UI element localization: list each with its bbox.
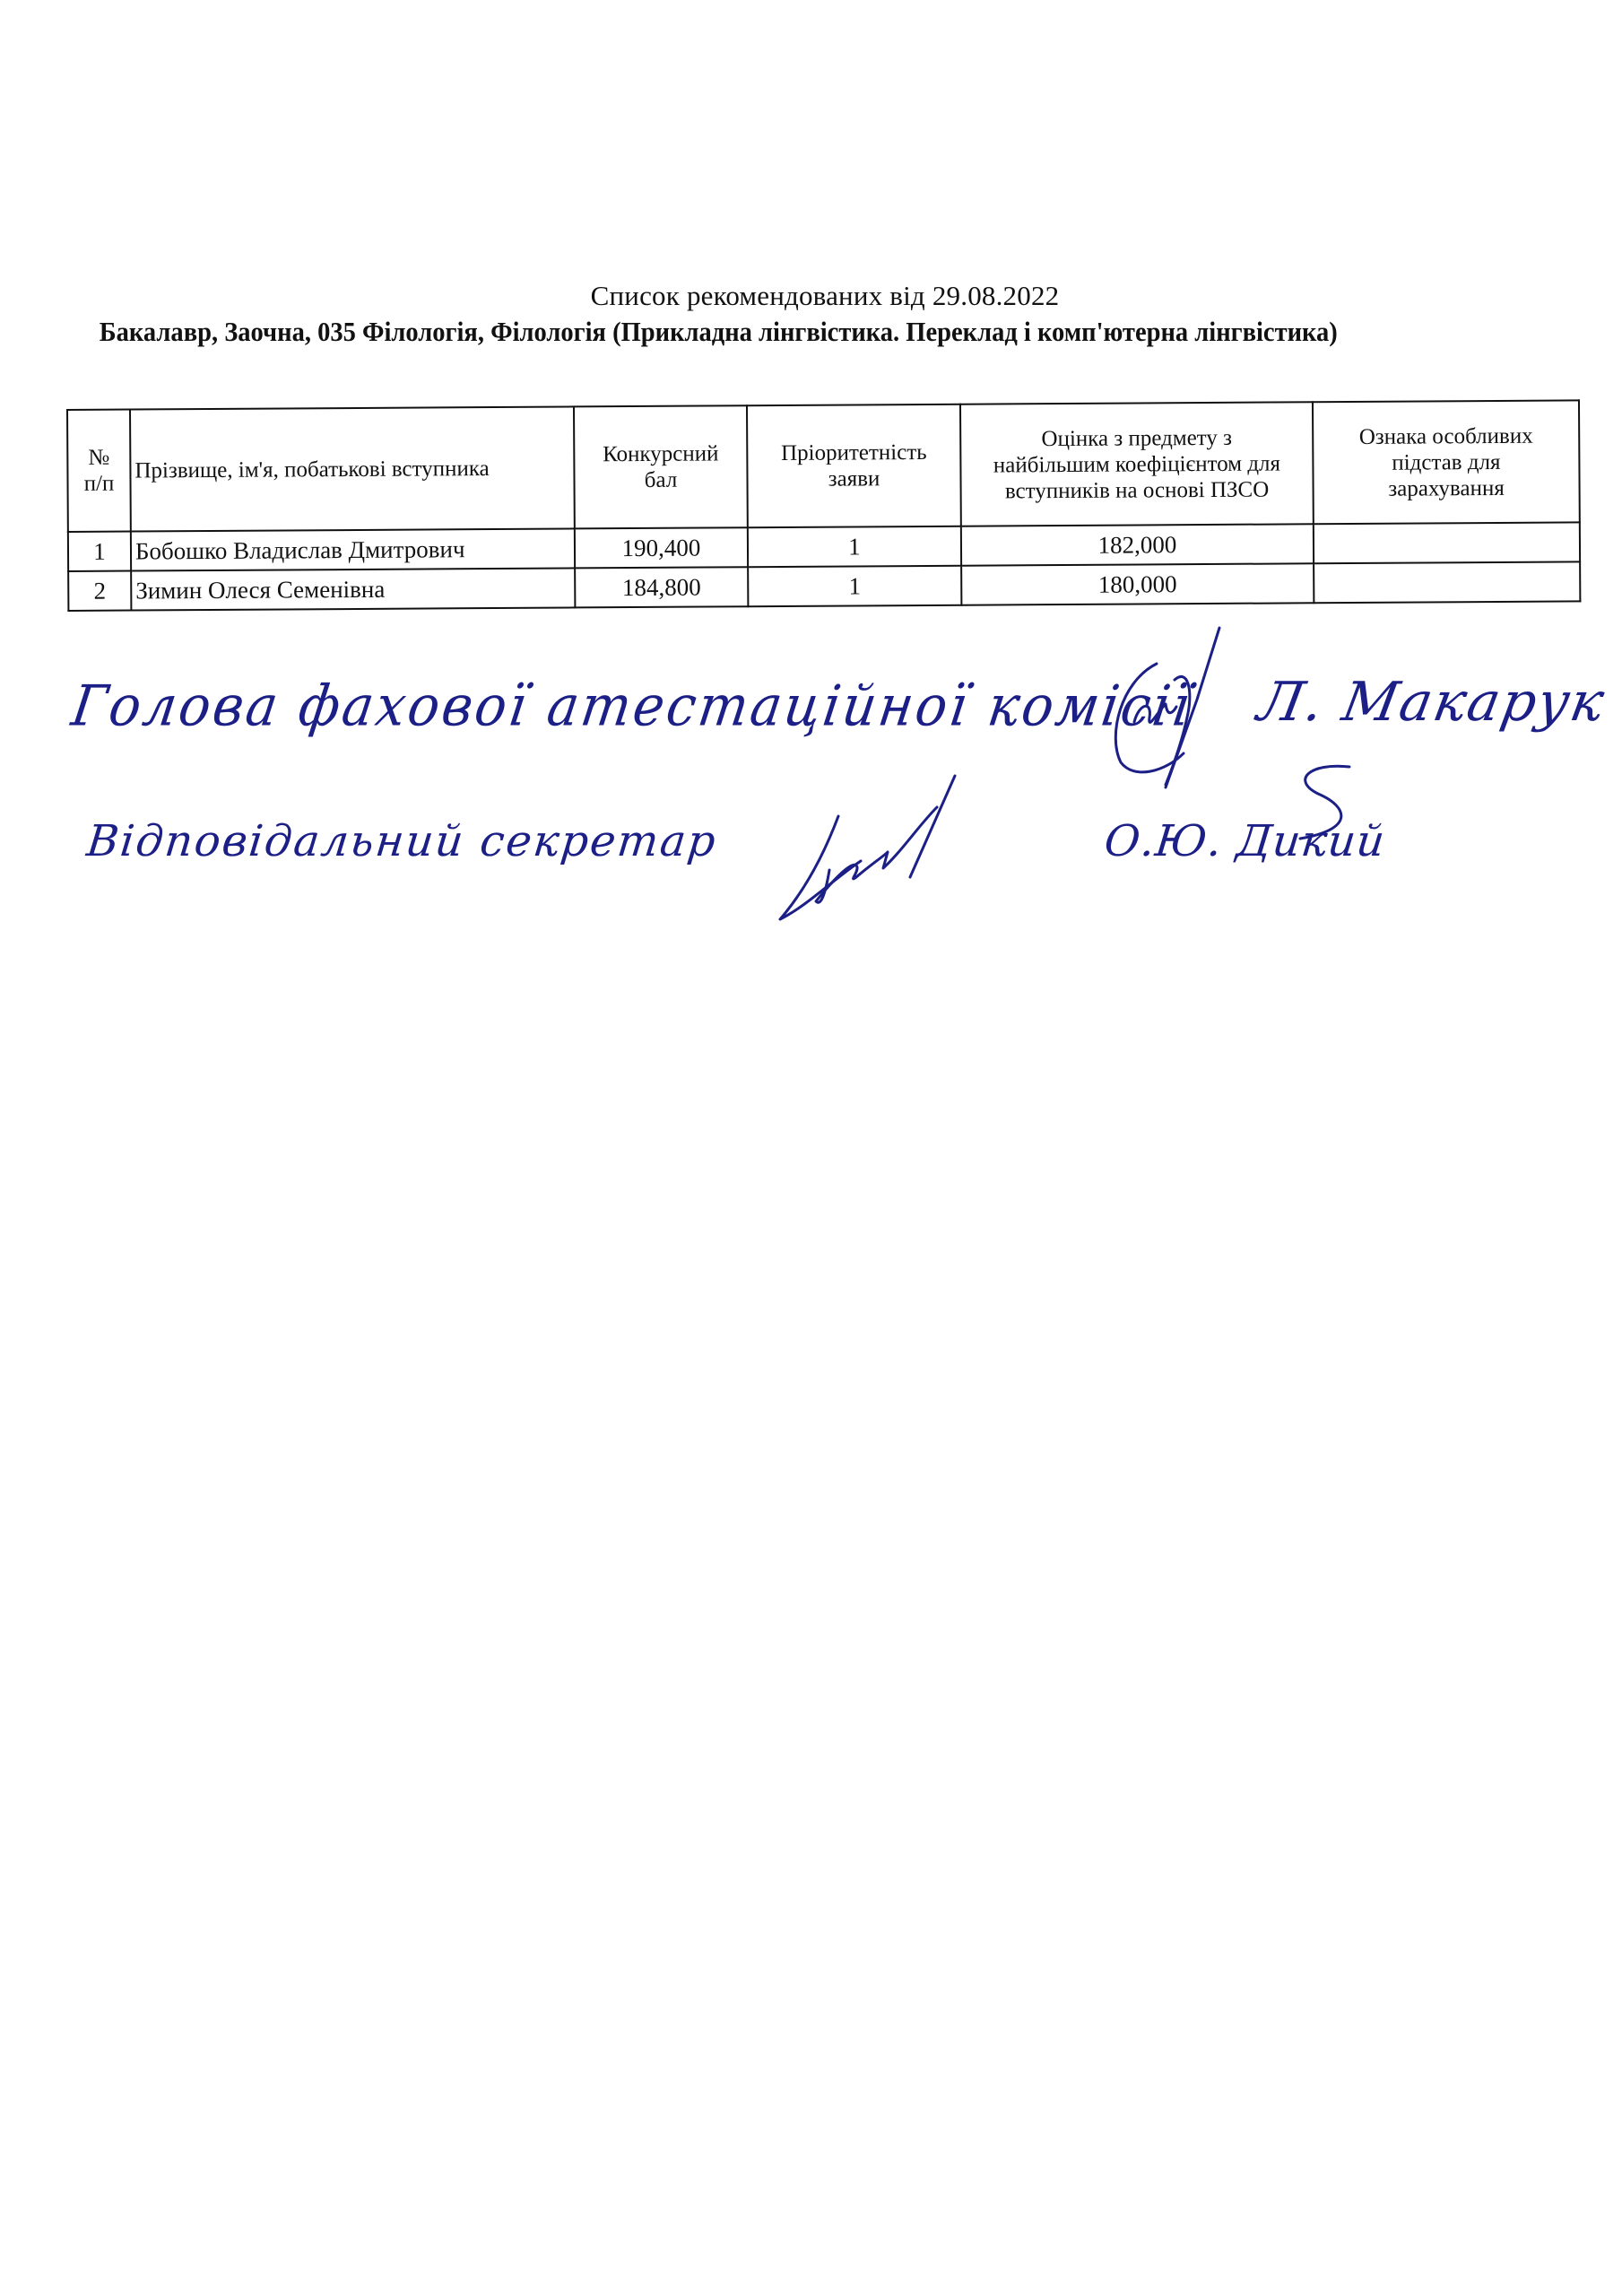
handwritten-secretary-label: Відповідальний секретар — [84, 816, 719, 866]
header-priority: Пріоритетність заяви — [747, 404, 961, 527]
header-name: Прізвище, ім'я, побатькові вступника — [130, 406, 575, 531]
header-subject-score-label: Оцінка з предмету з найбільшим коефіцієн… — [989, 424, 1286, 504]
cell-special-grounds — [1314, 522, 1580, 563]
cell-name: Зимин Олеся Семенівна — [131, 568, 575, 610]
cell-score: 184,800 — [575, 567, 748, 607]
header-num: № п/п — [67, 410, 131, 532]
cell-num: 2 — [68, 571, 131, 611]
document-title: Список рекомендованих від 29.08.2022 — [0, 280, 1622, 312]
table-row: 2 Зимин Олеся Семенівна 184,800 1 180,00… — [68, 561, 1580, 611]
cell-subject-score: 182,000 — [961, 524, 1314, 565]
recommended-applicants-table: № п/п Прізвище, ім'я, побатькові вступни… — [66, 399, 1581, 612]
cell-subject-score: 180,000 — [961, 563, 1314, 604]
header-score: Конкурсний бал — [574, 405, 748, 528]
cell-score: 190,400 — [575, 527, 748, 568]
secretary-signature — [771, 771, 1022, 933]
header-score-label: Конкурсний бал — [594, 440, 728, 493]
handwritten-secretary-name: О.Ю. Дикий — [1102, 816, 1388, 866]
cell-special-grounds — [1314, 561, 1580, 603]
header-num-label: № п/п — [81, 445, 117, 497]
cell-name: Бобошко Владислав Дмитрович — [131, 528, 575, 570]
header-priority-label: Пріоритетність заяви — [764, 439, 943, 492]
cell-num: 1 — [68, 532, 131, 571]
header-special-grounds: Ознака особливих підстав для зарахування — [1313, 400, 1580, 524]
cell-priority: 1 — [748, 566, 961, 606]
document-subtitle: Бакалавр, Заочна, 035 Філологія, Філолог… — [66, 314, 1592, 350]
cell-priority: 1 — [748, 526, 961, 567]
handwritten-chair-label: Голова фахової атестаційної комісії — [68, 673, 1197, 738]
table-header-row: № п/п Прізвище, ім'я, побатькові вступни… — [67, 400, 1580, 532]
header-special-grounds-label: Ознака особливих підстав для зарахування — [1348, 422, 1546, 501]
handwritten-chair-name: Л. Макарук — [1253, 671, 1610, 734]
header-subject-score: Оцінка з предмету з найбільшим коефіцієн… — [960, 402, 1314, 526]
